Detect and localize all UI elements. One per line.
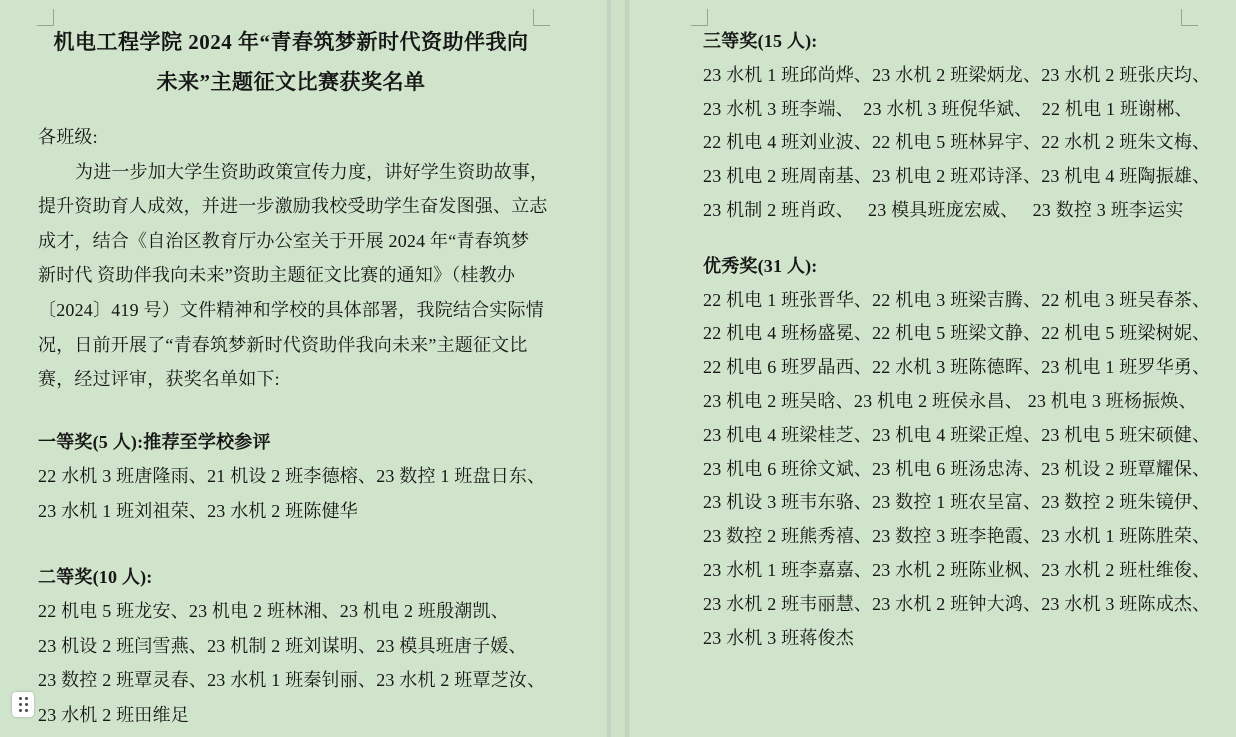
intro-line: 赛，经过评审，获奖名单如下: <box>38 362 544 397</box>
intro-line: 提升资助育人成效，并进一步激励我校受助学生奋发图强、立志 <box>38 189 544 224</box>
award-line: 22 机电 4 班杨盛冕、22 机电 5 班梁文静、22 机电 5 班梁树妮、 <box>703 317 1195 351</box>
award-line: 23 水机 1 班刘祖荣、23 水机 2 班陈健华 <box>38 494 544 529</box>
award-line: 23 水机 2 班田维足 <box>38 698 544 733</box>
award-heading-first-prize: 一等奖(5 人):推荐至学校参评 <box>38 425 544 460</box>
award-line: 23 水机 1 班李嘉嘉、23 水机 2 班陈业枫、23 水机 2 班杜维俊、 <box>703 554 1195 588</box>
award-line: 23 机制 2 班肖政、 23 模具班庞宏威、 23 数控 3 班李运实 <box>703 194 1195 228</box>
intro-line: 为进一步加大学生资助政策宣传力度，讲好学生资助故事， <box>38 155 544 190</box>
spacer <box>38 102 544 120</box>
award-line: 22 机电 1 班张晋华、22 机电 3 班梁吉腾、22 机电 3 班吴春茶、 <box>703 284 1195 318</box>
award-heading-third-prize: 三等奖(15 人): <box>703 25 1195 59</box>
award-line: 23 机设 2 班闫雪燕、23 机制 2 班刘谋明、23 模具班唐子媛、 <box>38 629 544 664</box>
page1-right-edge <box>607 0 611 737</box>
award-line: 22 机电 6 班罗晶西、22 水机 3 班陈德晖、23 机电 1 班罗华勇、 <box>703 351 1195 385</box>
salutation: 各班级: <box>38 120 544 155</box>
intro-line: 新时代 资助伴我向未来”资助主题征文比赛的通知》（桂教办 <box>38 258 544 293</box>
spacer <box>703 228 1195 250</box>
award-line: 22 水机 3 班唐隆雨、21 机设 2 班李德榕、23 数控 1 班盘日东、 <box>38 459 544 494</box>
award-line: 23 水机 3 班李端、 23 水机 3 班倪华斌、 22 机电 1 班谢郴、 <box>703 93 1195 127</box>
intro-line: 〔2024〕419 号）文件精神和学校的具体部署，我院结合实际情 <box>38 293 544 328</box>
doc-title-line1: 机电工程学院 2024 年“青春筑梦新时代资助伴我向 <box>38 22 544 62</box>
award-line: 23 水机 3 班蒋俊杰 <box>703 622 1195 656</box>
award-line: 23 机电 2 班吴晗、23 机电 2 班侯永昌、 23 机电 3 班杨振焕、 <box>703 385 1195 419</box>
award-line: 22 机电 5 班龙安、23 机电 2 班林湘、23 机电 2 班殷潮凯、 <box>38 594 544 629</box>
document-spread: 机电工程学院 2024 年“青春筑梦新时代资助伴我向 未来”主题征文比赛获奖名单… <box>0 0 1236 737</box>
drag-handle-icon[interactable] <box>12 692 34 717</box>
spacer <box>38 397 544 425</box>
doc-title-line2: 未来”主题征文比赛获奖名单 <box>38 62 544 102</box>
page2-top-right-corner-mark <box>1181 9 1198 26</box>
spacer <box>38 529 544 560</box>
award-line: 23 机电 4 班梁桂芝、23 机电 4 班梁正煌、23 机电 5 班宋硕健、 <box>703 419 1195 453</box>
award-line: 23 数控 2 班覃灵春、23 水机 1 班秦钊丽、23 水机 2 班覃芝汝、 <box>38 663 544 698</box>
award-line: 23 水机 1 班邱尚烨、23 水机 2 班梁炳龙、23 水机 2 班张庆均、 <box>703 59 1195 93</box>
intro-line: 况，日前开展了“青春筑梦新时代资助伴我向未来”主题征文比 <box>38 328 544 363</box>
award-heading-excellence-prize: 优秀奖(31 人): <box>703 250 1195 284</box>
page2-text-column: 三等奖(15 人): 23 水机 1 班邱尚烨、23 水机 2 班梁炳龙、23 … <box>703 25 1195 655</box>
page-gap <box>605 0 630 737</box>
page1-text-column: 机电工程学院 2024 年“青春筑梦新时代资助伴我向 未来”主题征文比赛获奖名单… <box>38 22 544 733</box>
page2-top-left-corner-mark <box>691 9 708 26</box>
award-line: 23 水机 2 班韦丽慧、23 水机 2 班钟大鸿、23 水机 3 班陈成杰、 <box>703 588 1195 622</box>
award-line: 23 数控 2 班熊秀禧、23 数控 3 班李艳霞、23 水机 1 班陈胜荣、 <box>703 520 1195 554</box>
award-line: 23 机设 3 班韦东骆、23 数控 1 班农呈富、23 数控 2 班朱镜伊、 <box>703 486 1195 520</box>
award-line: 23 机电 2 班周南基、23 机电 2 班邓诗泽、23 机电 4 班陶振雄、 <box>703 160 1195 194</box>
award-line: 22 机电 4 班刘业波、22 机电 5 班林昇宇、22 水机 2 班朱文梅、 <box>703 126 1195 160</box>
award-line: 23 机电 6 班徐文斌、23 机电 6 班汤忠涛、23 机设 2 班覃耀保、 <box>703 453 1195 487</box>
page2-left-edge <box>625 0 629 737</box>
intro-line: 成才，结合《自治区教育厅办公室关于开展 2024 年“青春筑梦 <box>38 224 544 259</box>
award-heading-second-prize: 二等奖(10 人): <box>38 560 544 595</box>
